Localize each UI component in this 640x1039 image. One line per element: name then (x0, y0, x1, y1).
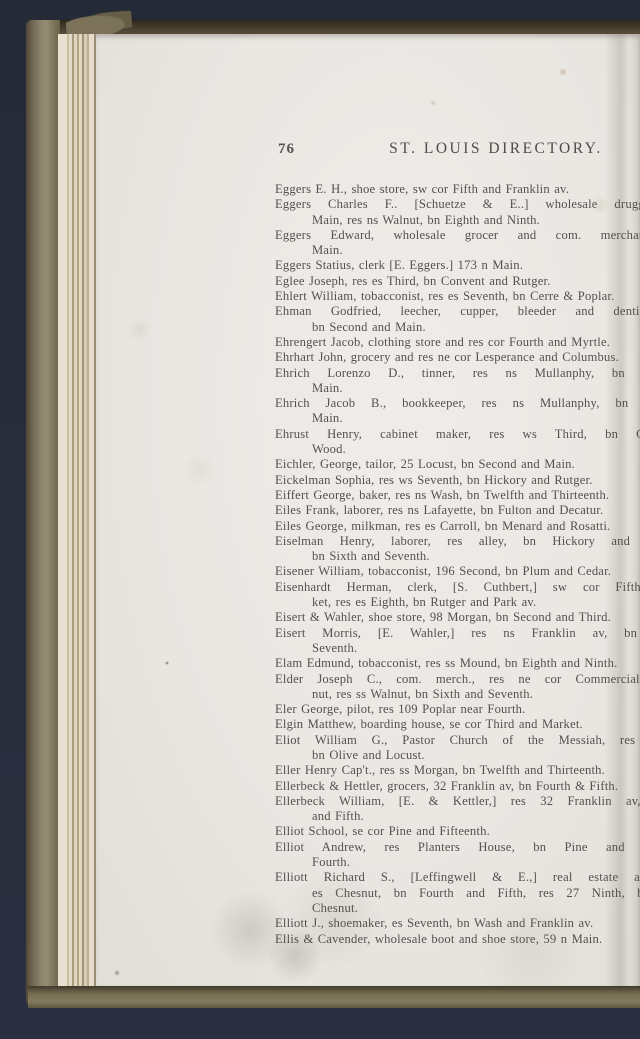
directory-entry-line: Ehrich Jacob B., bookkeeper, res ns Mull… (275, 396, 640, 411)
book-cover-spine-edge (26, 20, 60, 1006)
directory-entry: Eiselman Henry, laborer, res alley, bn H… (275, 534, 640, 565)
directory-entry: Eisert Morris, [E. Wahler,] res ns Frank… (275, 626, 640, 657)
directory-entry-line: Elder Joseph C., com. merch., res ne cor… (275, 672, 640, 687)
directory-entry-line: Eggers Edward, wholesale grocer and com.… (275, 228, 640, 243)
directory-entries: Eggers E. H., shoe store, sw cor Fifth a… (275, 182, 640, 947)
page-header-title: ST. LOUIS DIRECTORY. (275, 140, 640, 158)
directory-entry-line: Eliot William G., Pastor Church of the M… (275, 733, 640, 748)
directory-entry-line: Main, res ns Walnut, bn Eighth and Ninth… (275, 213, 640, 228)
directory-entry: Eggers E. H., shoe store, sw cor Fifth a… (275, 182, 640, 197)
directory-entry-line: nut, res ss Walnut, bn Sixth and Seventh… (275, 687, 640, 702)
directory-entry: Eiles George, milkman, res es Carroll, b… (275, 519, 640, 534)
directory-entry-line: Elliott Richard S., [Leffingwell & E.,] … (275, 870, 640, 885)
directory-entry: Ehrich Jacob B., bookkeeper, res ns Mull… (275, 396, 640, 427)
directory-entry: Eliot William G., Pastor Church of the M… (275, 733, 640, 764)
directory-entry-line: Elam Edmund, tobacconist, res ss Mound, … (275, 656, 640, 671)
directory-entry-line: Elliot Andrew, res Planters House, bn Pi… (275, 840, 640, 855)
directory-entry: Eisener William, tobacconist, 196 Second… (275, 564, 640, 579)
directory-entry-line: Ehrich Lorenzo D., tinner, res ns Mullan… (275, 366, 640, 381)
directory-entry-line: Elliott J., shoemaker, es Seventh, bn Wa… (275, 916, 640, 931)
directory-entry: Elam Edmund, tobacconist, res ss Mound, … (275, 656, 640, 671)
directory-entry-line: Ehman Godfried, leecher, cupper, bleeder… (275, 304, 640, 319)
directory-entry-line: Eiles George, milkman, res es Carroll, b… (275, 519, 640, 534)
directory-entry: Eickelman Sophia, res ws Seventh, bn Hic… (275, 473, 640, 488)
directory-entry: Ellerbeck & Hettler, grocers, 32 Frankli… (275, 779, 640, 794)
directory-entry-line: Eggers E. H., shoe store, sw cor Fifth a… (275, 182, 640, 197)
directory-entry-line: Ehrust Henry, cabinet maker, res ws Thir… (275, 427, 640, 442)
directory-entry: Ellerbeck William, [E. & Kettler,] res 3… (275, 794, 640, 825)
directory-entry-line: Wood. (275, 442, 640, 457)
directory-entry: Elliot School, se cor Pine and Fifteenth… (275, 824, 640, 839)
directory-entry-line: Eler George, pilot, res 109 Poplar near … (275, 702, 640, 717)
directory-entry: Eiles Frank, laborer, res ns Lafayette, … (275, 503, 640, 518)
directory-entry: Eler George, pilot, res 109 Poplar near … (275, 702, 640, 717)
directory-entry: Eglee Joseph, res es Third, bn Convent a… (275, 274, 640, 289)
directory-entry-line: Eichler, George, tailor, 25 Locust, bn S… (275, 457, 640, 472)
directory-entry: Eisert & Wahler, shoe store, 98 Morgan, … (275, 610, 640, 625)
directory-entry-line: Ehrhart John, grocery and res ne cor Les… (275, 350, 640, 365)
directory-entry: Elgin Matthew, boarding house, se cor Th… (275, 717, 640, 732)
directory-entry: Eggers Edward, wholesale grocer and com.… (275, 228, 640, 259)
directory-entry-line: Seventh. (275, 641, 640, 656)
directory-entry: Ehrich Lorenzo D., tinner, res ns Mullan… (275, 366, 640, 397)
directory-entry-line: Eickelman Sophia, res ws Seventh, bn Hic… (275, 473, 640, 488)
directory-entry-line: Eiles Frank, laborer, res ns Lafayette, … (275, 503, 640, 518)
book-cover-bottom-edge (28, 986, 640, 1008)
directory-entry-line: Fourth. (275, 855, 640, 870)
book-page-edges (58, 34, 94, 986)
directory-entry-line: Ehlert William, tobacconist, res es Seve… (275, 289, 640, 304)
directory-entry: Elliot Andrew, res Planters House, bn Pi… (275, 840, 640, 871)
directory-entry: Eisenhardt Herman, clerk, [S. Cuthbert,]… (275, 580, 640, 611)
directory-entry: Elliott J., shoemaker, es Seventh, bn Wa… (275, 916, 640, 931)
directory-entry-line: Elliot School, se cor Pine and Fifteenth… (275, 824, 640, 839)
directory-entry: Ellis & Cavender, wholesale boot and sho… (275, 932, 640, 947)
directory-entry: Eggers Statius, clerk [E. Eggers.] 173 n… (275, 258, 640, 273)
directory-entry-line: Ellerbeck & Hettler, grocers, 32 Frankli… (275, 779, 640, 794)
directory-entry-line: Main. (275, 381, 640, 396)
directory-entry: Eller Henry Cap't., res ss Morgan, bn Tw… (275, 763, 640, 778)
directory-entry-line: Ellerbeck William, [E. & Kettler,] res 3… (275, 794, 640, 809)
directory-entry-line: Ellis & Cavender, wholesale boot and sho… (275, 932, 640, 947)
directory-entry: Ehlert William, tobacconist, res es Seve… (275, 289, 640, 304)
directory-entry: Eiffert George, baker, res ns Wash, bn T… (275, 488, 640, 503)
directory-entry: Ehman Godfried, leecher, cupper, bleeder… (275, 304, 640, 335)
directory-entry-line: Eller Henry Cap't., res ss Morgan, bn Tw… (275, 763, 640, 778)
directory-entry-line: Eisert & Wahler, shoe store, 98 Morgan, … (275, 610, 640, 625)
directory-entry-line: bn Second and Main. (275, 320, 640, 335)
directory-entry-line: Eiselman Henry, laborer, res alley, bn H… (275, 534, 640, 549)
directory-entry: Elder Joseph C., com. merch., res ne cor… (275, 672, 640, 703)
directory-entry-line: Ehrengert Jacob, clothing store and res … (275, 335, 640, 350)
directory-entry-line: Eisert Morris, [E. Wahler,] res ns Frank… (275, 626, 640, 641)
directory-entry-line: Eglee Joseph, res es Third, bn Convent a… (275, 274, 640, 289)
page-header: 76 ST. LOUIS DIRECTORY. (275, 140, 640, 160)
book-page: 76 ST. LOUIS DIRECTORY. Eggers E. H., sh… (94, 34, 640, 986)
directory-entry-line: es Chesnut, bn Fourth and Fifth, res 27 … (275, 886, 640, 901)
directory-entry: Ehrhart John, grocery and res ne cor Les… (275, 350, 640, 365)
directory-entry-line: Eisener William, tobacconist, 196 Second… (275, 564, 640, 579)
directory-entry-line: Chesnut. (275, 901, 640, 916)
directory-entry-line: Main. (275, 243, 640, 258)
directory-entry-line: Eggers Charles F.. [Schuetze & E..] whol… (275, 197, 640, 212)
directory-entry: Elliott Richard S., [Leffingwell & E.,] … (275, 870, 640, 916)
directory-entry: Eichler, George, tailor, 25 Locust, bn S… (275, 457, 640, 472)
directory-entry-line: bn Olive and Locust. (275, 748, 640, 763)
directory-entry-line: Elgin Matthew, boarding house, se cor Th… (275, 717, 640, 732)
directory-entry-line: Eiffert George, baker, res ns Wash, bn T… (275, 488, 640, 503)
directory-entry: Ehrengert Jacob, clothing store and res … (275, 335, 640, 350)
directory-entry-line: ket, res es Eighth, bn Rutger and Park a… (275, 595, 640, 610)
directory-entry-line: Main. (275, 411, 640, 426)
directory-entry-line: and Fifth. (275, 809, 640, 824)
directory-entry: Ehrust Henry, cabinet maker, res ws Thir… (275, 427, 640, 458)
directory-entry-line: Eisenhardt Herman, clerk, [S. Cuthbert,]… (275, 580, 640, 595)
directory-entry-line: bn Sixth and Seventh. (275, 549, 640, 564)
directory-entry-line: Eggers Statius, clerk [E. Eggers.] 173 n… (275, 258, 640, 273)
directory-entry: Eggers Charles F.. [Schuetze & E..] whol… (275, 197, 640, 228)
